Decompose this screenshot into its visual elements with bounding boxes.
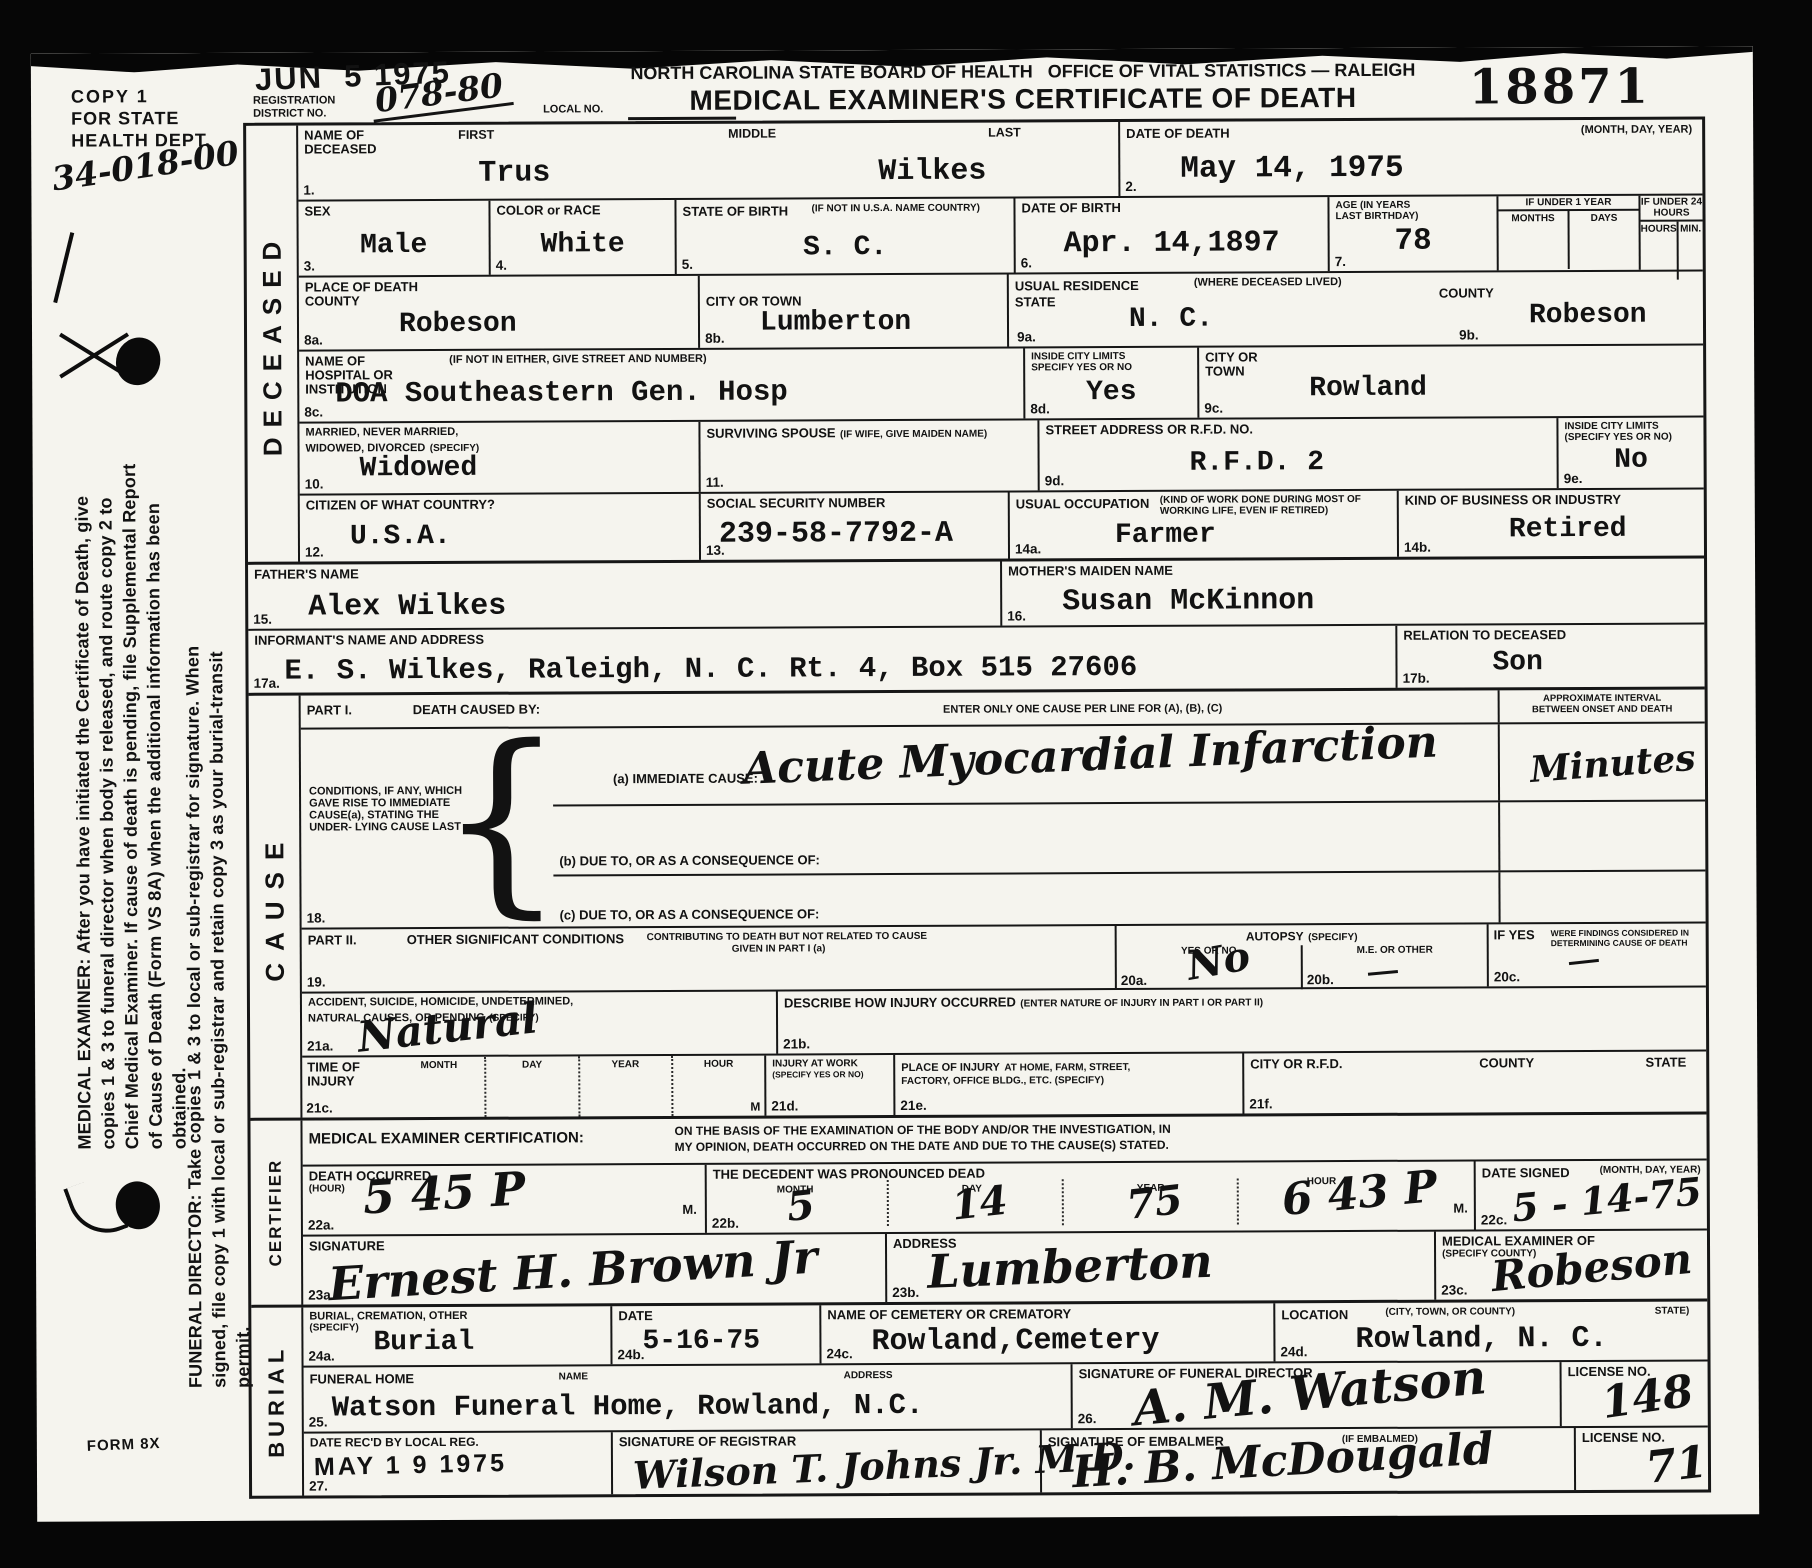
- funeral-home-row: FUNERAL HOME NAME ADDRESS 25. Watson Fun…: [304, 1359, 1708, 1431]
- date-received-label: DATE REC'D BY LOCAL REG.: [310, 1435, 605, 1449]
- immediate-cause-value: Acute Myocardial Infarction: [742, 721, 1438, 792]
- parents-rows: FATHER'S NAME 15. Alex Wilkes MOTHER'S M…: [248, 558, 1705, 692]
- date-signed-value: 5 - 14-75: [1510, 1172, 1703, 1227]
- item-number: 22c.: [1481, 1212, 1507, 1227]
- item-number: 23b.: [892, 1285, 919, 1300]
- interval-cell-a: Minutes: [1498, 723, 1705, 800]
- item-number: 21f.: [1249, 1096, 1272, 1111]
- signature-row: SIGNATURE 23a. Ernest H. Brown Jr ADDRES…: [303, 1228, 1707, 1304]
- form-row: MARRIED, NEVER MARRIED, WIDOWED, DIVORCE…: [299, 415, 1703, 493]
- item-number: 25.: [309, 1414, 328, 1429]
- dotted-divider: [1237, 1179, 1239, 1225]
- cause-body-row: CONDITIONS, IF ANY, WHICH GAVE RISE TO I…: [301, 721, 1706, 927]
- section-label-cause: CAUSE: [259, 831, 291, 982]
- form-row: INFORMANT'S NAME AND ADDRESS 17a. E. S. …: [248, 622, 1704, 692]
- item-number: 26.: [1078, 1411, 1097, 1426]
- certification-text1: ON THE BASIS OF THE EXAMINATION OF THE B…: [674, 1123, 1170, 1138]
- cemetery-label: NAME OF CEMETERY OR CREMATORY: [827, 1306, 1267, 1322]
- local-no-blank: [628, 117, 736, 120]
- spouse-sub: (IF WIFE, GIVE MAIDEN NAME): [840, 429, 987, 441]
- item-number: 21c.: [306, 1100, 332, 1115]
- form-code: FORM 8X: [87, 1436, 161, 1455]
- handwritten-stroke-mark: [53, 232, 74, 303]
- state-label: STATE: [1646, 1056, 1687, 1070]
- location-label: LOCATION: [1281, 1307, 1348, 1322]
- death-certificate-scan: COPY 1 FOR STATE HEALTH DEPT. 34-018-00 …: [31, 46, 1759, 1521]
- manner-row: ACCIDENT, SUICIDE, HOMICIDE, UNDETERMINE…: [302, 985, 1706, 1055]
- form-row: PLACE OF DEATH COUNTY 8a. Robeson CITY O…: [299, 269, 1703, 349]
- street-address-value: R.F.D. 2: [1190, 447, 1325, 479]
- band-burial: BURIAL BURIAL, CREMATION, OTHER (SPECIFY…: [251, 1298, 1708, 1495]
- informant-value: E. S. Wilkes, Raleigh, N. C. Rt. 4, Box …: [284, 651, 1137, 688]
- county-label: COUNTY: [1479, 1056, 1534, 1070]
- field-time-of-injury: TIME OF INJURY 21c. MONTH DAY YEAR HOUR …: [302, 1056, 764, 1118]
- left-margin: COPY 1 FOR STATE HEALTH DEPT. 34-018-00 …: [31, 53, 247, 1522]
- dotted-divider: [1062, 1179, 1064, 1225]
- section-gutter: CAUSE: [249, 696, 303, 1118]
- field-if-under-1-year: IF UNDER 1 YEAR MONTHS DAYS: [1496, 196, 1638, 271]
- citizen-label: CITIZEN OF WHAT COUNTRY?: [306, 497, 693, 513]
- item-number: 15.: [253, 612, 272, 627]
- item-number: 17a.: [254, 676, 280, 691]
- hour-header: HOUR: [673, 1056, 764, 1071]
- section-gutter: BURIAL: [251, 1308, 304, 1496]
- month-header: MONTH: [393, 1057, 484, 1072]
- first-name-value: Trus: [478, 156, 550, 190]
- pronounced-row: DEATH OCCURRED (HOUR) 22a. 5 45 P M. THE…: [303, 1158, 1707, 1234]
- item-number: 24c.: [826, 1346, 852, 1361]
- field-informant: INFORMANT'S NAME AND ADDRESS 17a. E. S. …: [248, 626, 1395, 693]
- m-suffix: M: [750, 1100, 760, 1114]
- item-number: 24a.: [308, 1348, 334, 1363]
- autopsy-value: No: [1184, 936, 1253, 987]
- injury-detail-row: TIME OF INJURY 21c. MONTH DAY YEAR HOUR …: [302, 1049, 1706, 1117]
- funeral-director-instructions: FUNERAL DIRECTOR: Take copies 1 & 3 to l…: [181, 598, 242, 1388]
- license-2-value: 71: [1644, 1440, 1710, 1490]
- me-address-value: Lumberton: [926, 1238, 1213, 1295]
- part1-text: PART I.: [307, 702, 352, 717]
- field-marital-status: MARRIED, NEVER MARRIED, WIDOWED, DIVORCE…: [299, 422, 698, 494]
- inside-city-limits-label: INSIDE CITY LIMITS: [1564, 420, 1697, 432]
- race-value: White: [497, 229, 669, 261]
- field-mother-name: MOTHER'S MAIDEN NAME 16. Susan McKinnon: [1000, 558, 1704, 625]
- field-cemetery-location: LOCATION (CITY, TOWN, OR COUNTY) STATE) …: [1273, 1301, 1707, 1361]
- form-header: JUN 5 1975 REGISTRATION DISTRICT NO. 078…: [243, 46, 1699, 122]
- item-number: 10.: [305, 476, 324, 491]
- field-how-injury-occurred: DESCRIBE HOW INJURY OCCURRED (ENTER NATU…: [776, 987, 1706, 1053]
- burial-type-value: Burial: [373, 1327, 474, 1358]
- place-of-injury-label: PLACE OF INJURY: [901, 1062, 1000, 1074]
- inside-city-limits-8d-value: Yes: [1031, 377, 1191, 409]
- item-number: 21d.: [771, 1098, 798, 1113]
- mother-label: MOTHER'S MAIDEN NAME: [1008, 561, 1698, 578]
- pronounced-hour: 6 43 P: [1280, 1165, 1439, 1223]
- address-header: ADDRESS: [844, 1370, 893, 1381]
- how-injury-sub: (ENTER NATURE OF INJURY IN PART I OR PAR…: [1020, 997, 1263, 1009]
- last-name-value: Wilkes: [878, 155, 986, 189]
- autopsy-me-or-other: M.E. OR OTHER 20b. —: [1301, 944, 1487, 989]
- item-number: 8c.: [304, 404, 323, 419]
- manner-label1: ACCIDENT, SUICIDE, HOMICIDE, UNDETERMINE…: [308, 995, 770, 1009]
- item-number: 9c.: [1204, 401, 1223, 416]
- band-certifier: CERTIFIER MEDICAL EXAMINER CERTIFICATION…: [250, 1111, 1707, 1304]
- part1-label: PART I.: [301, 695, 413, 727]
- due-to-c-label: (c) DUE TO, OR AS A CONSEQUENCE OF:: [560, 907, 820, 922]
- section-gutter: CERTIFIER: [250, 1121, 303, 1305]
- item-number: 19.: [307, 974, 326, 989]
- field-autopsy: AUTOPSY (SPECIFY) YES OR NO 20a. No M.E.…: [1115, 924, 1487, 988]
- certification-label: MEDICAL EXAMINER CERTIFICATION:: [309, 1129, 584, 1147]
- pronounced-day: 14: [950, 1181, 1010, 1227]
- certificate-form: DECEASED NAME OF DECEASED FIRST MIDDLE L…: [243, 116, 1711, 1498]
- cause-line-c: (c) DUE TO, OR AS A CONSEQUENCE OF:: [553, 871, 1705, 926]
- days-header: DAYS: [1568, 211, 1639, 269]
- section-label-burial: BURIAL: [263, 1345, 289, 1458]
- cause-line-a-content: (a) IMMEDIATE CAUSE: Acute Myocardial In…: [553, 724, 1498, 804]
- item-number: 3.: [304, 259, 315, 274]
- form-row: FATHER'S NAME 15. Alex Wilkes MOTHER'S M…: [248, 558, 1704, 628]
- inside-city-limits-sub: SPECIFY YES OR NO: [1031, 362, 1191, 374]
- field-registrar-signature: SIGNATURE OF REGISTRAR Wilson T. Johns J…: [611, 1430, 1040, 1494]
- item-number: 9b.: [1459, 327, 1479, 342]
- dob-value: Apr. 14,1897: [1022, 226, 1322, 261]
- field-place-of-death-city: CITY OR TOWN 8b. Lumberton: [698, 275, 1007, 348]
- field-street-address: STREET ADDRESS OR R.F.D. NO. 9d. R.F.D. …: [1037, 418, 1556, 490]
- city-or-town-label: TOWN: [1205, 363, 1697, 379]
- field-date-of-death: DATE OF DEATH (MONTH, DAY, YEAR) 2. May …: [1118, 119, 1702, 196]
- section-label-certifier: CERTIFIER: [266, 1159, 286, 1267]
- race-label: COLOR or RACE: [496, 203, 668, 218]
- field-state-of-birth: STATE OF BIRTH (IF NOT IN U.S.A. NAME CO…: [674, 198, 1013, 273]
- field-hospital: NAME OF HOSPITAL OR INSTITUTION (IF NOT …: [299, 348, 1023, 421]
- interval-header: APPROXIMATE INTERVAL BETWEEN ONSET AND D…: [1498, 689, 1705, 722]
- residence-county-value: Robeson: [1529, 300, 1647, 332]
- field-embalmer-signature: SIGNATURE OF EMBALMER (IF EMBALMED) H. B…: [1040, 1428, 1574, 1492]
- copy-label-line2: FOR STATE: [71, 109, 179, 129]
- field-injury-at-work: INJURY AT WORK (SPECIFY YES OR NO) 21d.: [764, 1055, 893, 1116]
- section-label-deceased: DECEASED: [256, 231, 288, 456]
- certification-text2: MY OPINION, DEATH OCCURRED ON THE DATE A…: [675, 1139, 1169, 1154]
- field-occupation: USUAL OCCUPATION (KIND OF WORK DONE DURI…: [1008, 491, 1397, 559]
- field-me-county: MEDICAL EXAMINER OF (SPECIFY COUNTY) 23c…: [1434, 1230, 1707, 1299]
- date-signed-label: DATE SIGNED: [1482, 1165, 1570, 1180]
- field-me-address: ADDRESS 23b. Lumberton: [885, 1232, 1434, 1302]
- father-label: FATHER'S NAME: [254, 565, 994, 582]
- m-suffix: M.: [1453, 1201, 1468, 1215]
- field-citizen: CITIZEN OF WHAT COUNTRY? 12. U.S.A.: [300, 494, 699, 562]
- burial-date-label: DATE: [618, 1308, 813, 1323]
- certificate-number: 18871: [1469, 59, 1651, 116]
- field-license-1: LICENSE NO. 148: [1560, 1361, 1708, 1426]
- due-to-b-label: (b) DUE TO, OR AS A CONSEQUENCE OF:: [559, 853, 820, 868]
- item-number: 20b.: [1307, 972, 1334, 987]
- place-of-injury-sub2: FACTORY, OFFICE BLDG., ETC. (SPECIFY): [901, 1075, 1236, 1088]
- field-findings-considered: IF YES WERE FINDINGS CONSIDERED IN DETER…: [1487, 923, 1706, 986]
- interval-cell-c: [1498, 871, 1705, 922]
- item-number: 24d.: [1280, 1344, 1307, 1359]
- field-inside-city-limits-8d: INSIDE CITY LIMITS SPECIFY YES OR NO 8d.…: [1023, 348, 1197, 419]
- inside-city-limits-9e-value: No: [1565, 445, 1698, 477]
- license-1-value: 148: [1599, 1369, 1696, 1426]
- field-other-significant-conditions: PART II. OTHER SIGNIFICANT CONDITIONS CO…: [302, 926, 1115, 992]
- relation-label: RELATION TO DECEASED: [1403, 627, 1698, 642]
- place-of-injury-sub1: AT HOME, FARM, STREET,: [1004, 1062, 1130, 1074]
- item-number: 2.: [1125, 179, 1136, 194]
- field-injury-location: CITY OR R.F.D. COUNTY STATE 21f.: [1242, 1051, 1706, 1113]
- autopsy-yes-no: YES OR NO 20a. No: [1117, 945, 1301, 990]
- item-number: 21e.: [900, 1098, 926, 1113]
- item-number: 22a.: [308, 1217, 334, 1232]
- item-number: 24b.: [617, 1347, 644, 1362]
- informant-label: INFORMANT'S NAME AND ADDRESS: [254, 629, 1389, 648]
- injury-at-work-label: INJURY AT WORK: [772, 1058, 887, 1070]
- one-cause-text: ENTER ONLY ONE CAUSE PER LINE FOR (A), (…: [943, 703, 1222, 716]
- place-of-death-city-value: Lumberton: [760, 307, 911, 339]
- hospital-sub: (IF NOT IN EITHER, GIVE STREET AND NUMBE…: [449, 353, 707, 366]
- field-place-of-injury: PLACE OF INJURY AT HOME, FARM, STREET, F…: [893, 1053, 1242, 1115]
- field-date-signed: DATE SIGNED (MONTH, DAY, YEAR) 22c. 5 - …: [1474, 1160, 1707, 1229]
- burial-type-row: BURIAL, CREMATION, OTHER (SPECIFY) 24a. …: [303, 1301, 1707, 1365]
- field-pronounced-dead: THE DECEDENT WAS PRONOUNCED DEAD MONTH D…: [705, 1161, 1474, 1232]
- field-funeral-home: FUNERAL HOME NAME ADDRESS 25. Watson Fun…: [304, 1364, 1071, 1431]
- county-label: COUNTY: [1439, 286, 1494, 300]
- hospital-value: DOA Southeastern Gen. Hosp: [335, 375, 788, 410]
- deceased-rows: NAME OF DECEASED FIRST MIDDLE LAST 1. Tr…: [298, 119, 1704, 561]
- part2-label: PART II.: [308, 933, 357, 947]
- sex-label: SEX: [304, 204, 482, 219]
- residence-city-value: Rowland: [1309, 373, 1427, 405]
- state-of-birth-label: STATE OF BIRTH: [682, 203, 788, 218]
- field-sex: SEX 3. Male: [298, 201, 488, 276]
- city-or-rfd-label: CITY OR R.F.D.: [1250, 1057, 1342, 1071]
- autopsy-sub: (SPECIFY): [1308, 932, 1358, 943]
- funeral-home-label: FUNERAL HOME: [310, 1371, 415, 1386]
- registration-label: REGISTRATION: [253, 94, 335, 106]
- citizen-value: U.S.A.: [350, 521, 451, 552]
- band-parents: FATHER'S NAME 15. Alex Wilkes MOTHER'S M…: [248, 555, 1705, 692]
- last-col-header: LAST: [988, 125, 1021, 139]
- usual-residence-label: USUAL RESIDENCE: [1015, 278, 1139, 294]
- district-no-label: DISTRICT NO.: [253, 107, 326, 119]
- field-me-signature: SIGNATURE 23a. Ernest H. Brown Jr: [303, 1234, 885, 1305]
- form-row: SEX 3. Male COLOR or RACE 4. White STATE…: [298, 193, 1702, 275]
- occupation-label: USUAL OCCUPATION: [1016, 496, 1150, 512]
- item-number: 18.: [307, 910, 326, 925]
- ssn-value: 239-58-7792-A: [719, 517, 953, 552]
- state-of-birth-value: S. C.: [683, 232, 1008, 264]
- burial-date-value: 5-16-75: [642, 1326, 760, 1358]
- cause-line-b: (b) DUE TO, OR AS A CONSEQUENCE OF:: [553, 801, 1705, 876]
- spouse-value: [707, 453, 1032, 454]
- osc-sub2: GIVEN IN PART I (a): [732, 943, 826, 955]
- field-age: AGE (IN YEARS LAST BIRTHDAY) 7. 78: [1327, 196, 1496, 271]
- year-header: YEAR: [580, 1056, 671, 1071]
- item-number: 5.: [682, 257, 693, 272]
- item-number: 12.: [305, 544, 324, 559]
- cause-line-b-content: (b) DUE TO, OR AS A CONSEQUENCE OF:: [553, 802, 1498, 874]
- copy-label-line1: COPY 1: [71, 87, 149, 107]
- medical-examiner-instructions: MEDICAL EXAMINER: After you have initiat…: [71, 449, 196, 1150]
- cause-rows: PART I. DEATH CAUSED BY: ENTER ONLY ONE …: [301, 689, 1707, 1117]
- item-number: 4.: [496, 258, 507, 273]
- dod-sub-label: (MONTH, DAY, YEAR): [1581, 124, 1692, 137]
- item-number: 8b.: [705, 331, 725, 346]
- item-number: 1.: [303, 183, 314, 198]
- item-number: 21b.: [783, 1036, 810, 1051]
- item-number: 8a.: [304, 332, 323, 347]
- part2-row: PART II. OTHER SIGNIFICANT CONDITIONS CO…: [302, 921, 1706, 991]
- father-value: Alex Wilkes: [308, 590, 506, 625]
- field-death-occurred-hour: DEATH OCCURRED (HOUR) 22a. 5 45 P M.: [303, 1165, 705, 1235]
- sex-value: Male: [305, 230, 483, 262]
- how-injury-label: DESCRIBE HOW INJURY OCCURRED: [784, 994, 1016, 1010]
- location-sub: (CITY, TOWN, OR COUNTY): [1385, 1306, 1515, 1318]
- field-father-name: FATHER'S NAME 15. Alex Wilkes: [248, 562, 1000, 629]
- item-number: 20c.: [1494, 969, 1520, 984]
- field-date-received: DATE REC'D BY LOCAL REG. 27. MAY 1 9 197…: [304, 1432, 611, 1495]
- certifier-rows: MEDICAL EXAMINER CERTIFICATION: ON THE B…: [302, 1114, 1707, 1304]
- street-address-label: STREET ADDRESS OR R.F.D. NO.: [1045, 421, 1550, 437]
- findings-value: —: [1568, 950, 1600, 971]
- cause-lines: (a) IMMEDIATE CAUSE: Acute Myocardial In…: [553, 723, 1706, 926]
- occupation-sub: (KIND OF WORK DONE DURING MOST OF WORKIN…: [1160, 494, 1375, 517]
- item-number: 6.: [1021, 255, 1032, 270]
- if-yes-label: IF YES: [1494, 928, 1535, 942]
- findings-label1: WERE FINDINGS CONSIDERED IN: [1551, 928, 1689, 939]
- section-gutter: DECEASED: [246, 126, 300, 562]
- item-number: 7.: [1335, 254, 1346, 269]
- cause-line-a: (a) IMMEDIATE CAUSE: Acute Myocardial In…: [553, 723, 1705, 806]
- state-of-birth-sub: (IF NOT IN U.S.A. NAME COUNTRY): [811, 203, 986, 215]
- field-race: COLOR or RACE 4. White: [488, 200, 674, 275]
- field-industry: KIND OF BUSINESS OR INDUSTRY 14b. Retire…: [1397, 489, 1704, 556]
- certification-statement: MEDICAL EXAMINER CERTIFICATION: ON THE B…: [302, 1114, 1706, 1164]
- form-row: NAME OF DECEASED FIRST MIDDLE LAST 1. Tr…: [298, 119, 1702, 199]
- field-surviving-spouse: SURVIVING SPOUSE (IF WIFE, GIVE MAIDEN N…: [698, 420, 1037, 491]
- under-24-hours-label: IF UNDER 24 HOURS: [1640, 195, 1702, 222]
- item-number: 11.: [706, 475, 724, 490]
- burial-rows: BURIAL, CREMATION, OTHER (SPECIFY) 24a. …: [303, 1301, 1708, 1495]
- item-number: 9e.: [1564, 471, 1583, 486]
- form-row: NAME OF HOSPITAL OR INSTITUTION (IF NOT …: [299, 343, 1703, 421]
- item-number: 23c.: [1441, 1283, 1467, 1298]
- certificate-title: MEDICAL EXAMINER'S CERTIFICATE OF DEATH: [573, 81, 1473, 117]
- cause-line-c-content: (c) DUE TO, OR AS A CONSEQUENCE OF:: [553, 872, 1498, 926]
- item-number: 20a.: [1121, 973, 1147, 988]
- certification-row: MEDICAL EXAMINER CERTIFICATION: ON THE B…: [302, 1114, 1706, 1164]
- me-or-other-value: —: [1367, 962, 1399, 983]
- field-relation: RELATION TO DECEASED 17b. Son: [1395, 624, 1704, 687]
- osc-label: OTHER SIGNIFICANT CONDITIONS: [407, 932, 624, 947]
- field-if-under-24-hours: IF UNDER 24 HOURS HOURS MIN.: [1638, 195, 1702, 269]
- board-of-health-line: NORTH CAROLINA STATE BOARD OF HEALTH OFF…: [573, 59, 1473, 84]
- usual-residence-sub: (WHERE DECEASED LIVED): [1194, 276, 1342, 289]
- field-manner-of-death: ACCIDENT, SUICIDE, HOMICIDE, UNDETERMINE…: [302, 992, 776, 1056]
- relation-value: Son: [1492, 647, 1543, 678]
- time-of-injury-label: INJURY: [307, 1074, 393, 1088]
- inside-city-limits-sub: (SPECIFY YES OR NO): [1564, 432, 1697, 444]
- band-cause: CAUSE PART I. DEATH CAUSED BY: ENTER ONL…: [249, 686, 1707, 1117]
- field-place-of-death-county: PLACE OF DEATH COUNTY 8a. Robeson: [299, 276, 698, 350]
- item-number: 9a.: [1017, 329, 1036, 344]
- funeral-home-value: Watson Funeral Home, Rowland, N.C.: [332, 1389, 924, 1425]
- cemetery-value: Rowland,Cemetery: [871, 1324, 1159, 1359]
- pronounced-month: 5: [785, 1185, 817, 1228]
- item-number: 8d.: [1030, 401, 1050, 416]
- spouse-label: SURVIVING SPOUSE: [706, 425, 835, 441]
- item-number: 14b.: [1404, 540, 1431, 555]
- industry-label: KIND OF BUSINESS OR INDUSTRY: [1405, 492, 1698, 507]
- field-usual-residence: USUAL RESIDENCE (WHERE DECEASED LIVED) S…: [1007, 271, 1703, 346]
- field-burial-type: BURIAL, CREMATION, OTHER (SPECIFY) 24a. …: [303, 1306, 610, 1365]
- dob-label: DATE OF BIRTH: [1021, 200, 1321, 215]
- m-suffix: M.: [682, 1203, 697, 1217]
- item-number: 14a.: [1015, 541, 1041, 556]
- marital-label: MARRIED, NEVER MARRIED,: [305, 425, 692, 439]
- place-of-death-county-value: Robeson: [399, 309, 517, 341]
- immediate-cause-label: (a) IMMEDIATE CAUSE:: [613, 772, 758, 787]
- field-funeral-director-signature: SIGNATURE OF FUNERAL DIRECTOR 26. A. M. …: [1071, 1362, 1560, 1428]
- dod-label: DATE OF DEATH: [1126, 126, 1230, 141]
- field-name-of-deceased: NAME OF DECEASED FIRST MIDDLE LAST 1. Tr…: [298, 122, 1118, 200]
- death-occurred-value: 5 45 P: [362, 1165, 527, 1220]
- osc-sub1: CONTRIBUTING TO DEATH BUT NOT RELATED TO…: [647, 931, 927, 943]
- date-received-stamp: MAY 1 9 1975: [314, 1449, 508, 1482]
- field-cemetery: NAME OF CEMETERY OR CREMATORY 24c. Rowla…: [819, 1303, 1273, 1363]
- name-header: NAME: [559, 1371, 589, 1382]
- pronounced-year: 75: [1125, 1180, 1185, 1226]
- residence-state-value: N. C.: [1129, 304, 1213, 335]
- field-burial-date: DATE 24b. 5-16-75: [610, 1305, 819, 1364]
- interval-header-line2: BETWEEN ONSET AND DEATH: [1500, 703, 1705, 715]
- field-license-2: LICENSE NO. 71: [1574, 1427, 1708, 1490]
- location-state-label: STATE): [1655, 1306, 1690, 1317]
- mother-value: Susan McKinnon: [1062, 584, 1314, 619]
- field-date-of-birth: DATE OF BIRTH 6. Apr. 14,1897: [1013, 197, 1327, 272]
- first-col-header: FIRST: [458, 128, 494, 142]
- item-number: 21a.: [307, 1038, 333, 1053]
- autopsy-label: AUTOPSY: [1246, 929, 1304, 943]
- field-residence-city: CITY OR TOWN 9c. Rowland: [1197, 345, 1703, 417]
- industry-value: Retired: [1509, 514, 1627, 546]
- item-number: 9d.: [1045, 473, 1065, 488]
- interval-header-line1: APPROXIMATE INTERVAL: [1500, 692, 1705, 704]
- conditions-block: CONDITIONS, IF ANY, WHICH GAVE RISE TO I…: [301, 728, 554, 927]
- form-row: CITIZEN OF WHAT COUNTRY? 12. U.S.A. SOCI…: [300, 487, 1704, 561]
- age-label: AGE (IN YEARS: [1335, 199, 1490, 211]
- injury-at-work-sub: (SPECIFY YES OR NO): [772, 1069, 887, 1080]
- dod-value: May 14, 1975: [1180, 151, 1403, 187]
- brace-glyph: {: [437, 720, 565, 921]
- dotted-divider: [887, 1180, 889, 1226]
- name-label: DECEASED: [304, 139, 1112, 157]
- interval-a-value: Minutes: [1529, 740, 1697, 788]
- months-header: MONTHS: [1499, 211, 1568, 269]
- item-number: 17b.: [1403, 671, 1430, 686]
- interval-cell-b: [1498, 801, 1705, 870]
- item-number: 16.: [1007, 608, 1026, 623]
- registrar-row: DATE REC'D BY LOCAL REG. 27. MAY 1 9 197…: [304, 1425, 1708, 1495]
- marital-value: Widowed: [360, 453, 478, 485]
- field-inside-city-limits-9e: INSIDE CITY LIMITS (SPECIFY YES OR NO) 9…: [1556, 417, 1703, 488]
- ssn-label: SOCIAL SECURITY NUMBER: [707, 496, 1002, 511]
- county-label: COUNTY: [305, 293, 692, 309]
- age-value: 78: [1336, 224, 1491, 260]
- field-ssn: SOCIAL SECURITY NUMBER 13. 239-58-7792-A: [699, 493, 1008, 560]
- band-deceased: DECEASED NAME OF DECEASED FIRST MIDDLE L…: [246, 119, 1704, 561]
- inside-city-limits-label: INSIDE CITY LIMITS: [1031, 351, 1191, 363]
- age-label: LAST BIRTHDAY): [1336, 211, 1491, 223]
